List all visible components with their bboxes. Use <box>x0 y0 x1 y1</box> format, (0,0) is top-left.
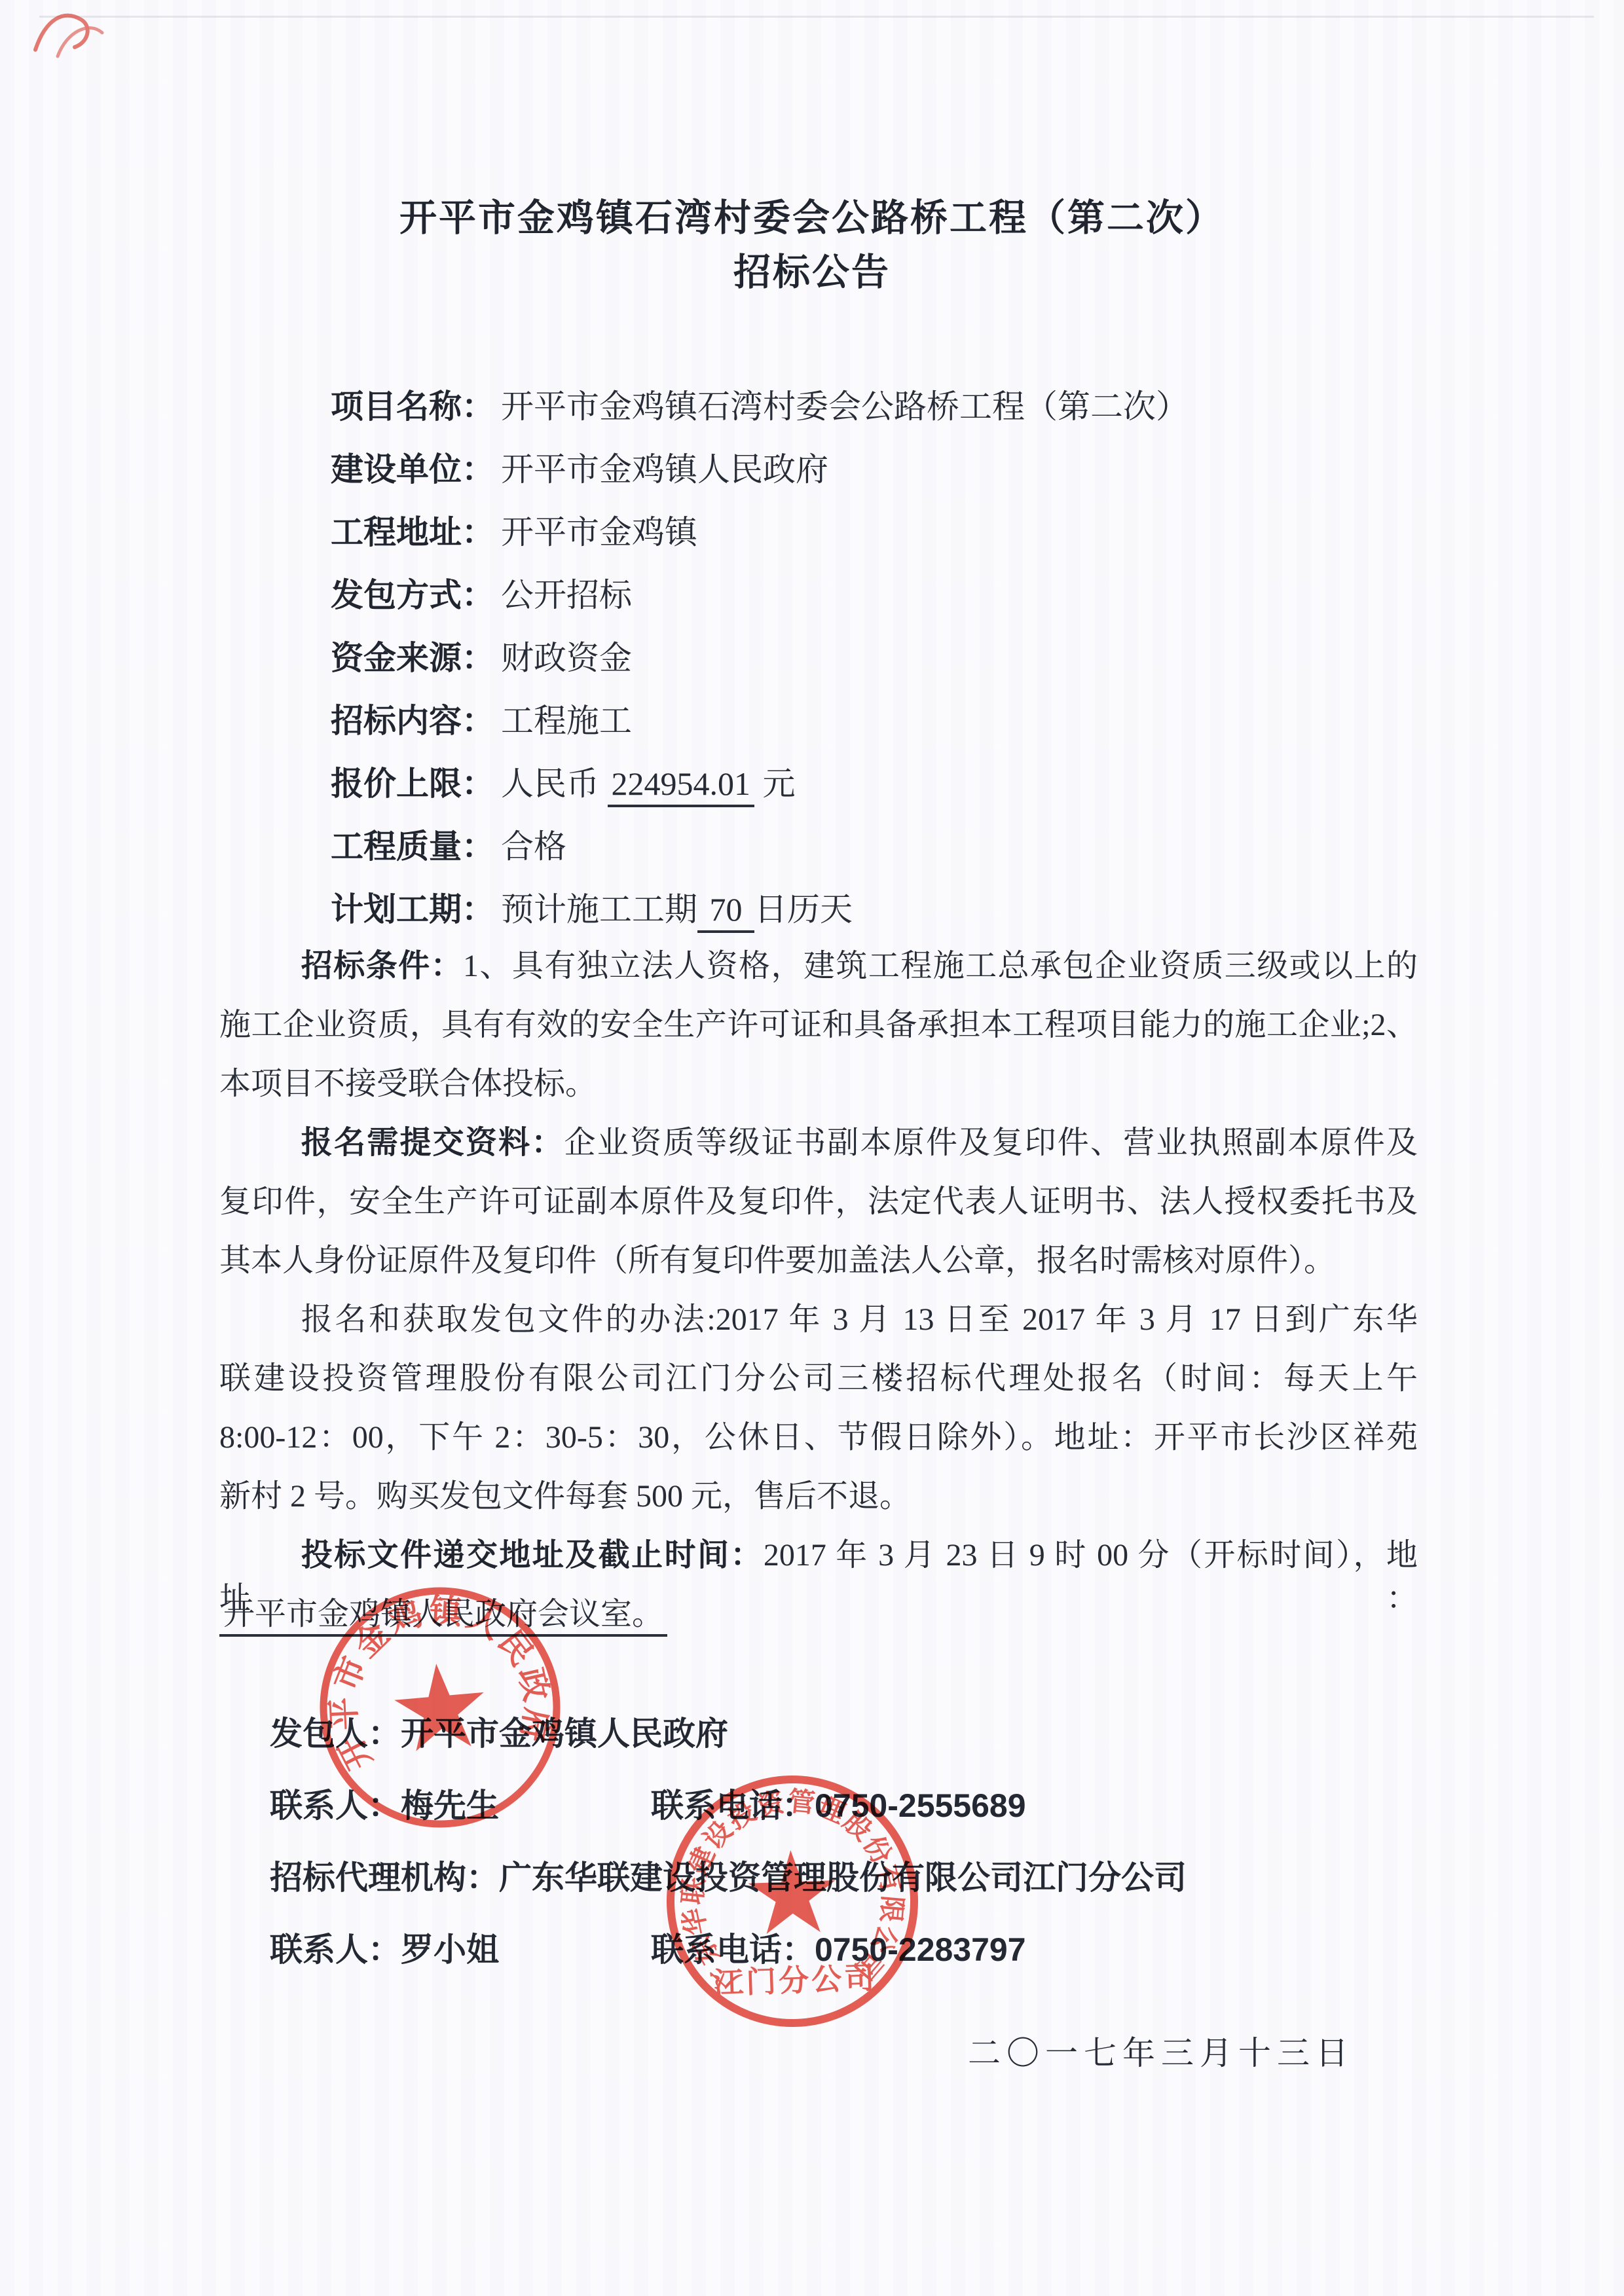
document-title: 开平市金鸡镇石湾村委会公路桥工程（第二次） 招标公告 <box>0 191 1624 300</box>
document-date: 二〇一七年三月十三日 <box>968 2027 1354 2074</box>
body-line: 施工企业资质，具有有效的安全生产许可证和具备承担本工程项目能力的施工企业;2、 <box>219 1004 1418 1063</box>
field-row: 资金来源：财政资金 <box>331 635 1444 698</box>
field-row: 计划工期：预计施工工期 70 日历天 <box>331 886 1444 949</box>
body-line: 新村 2 号。购买发包文件每套 500 元，售后不退。 <box>219 1475 1418 1534</box>
fields-list: 项目名称：开平市金鸡镇石湾村委会公路桥工程（第二次）建设单位：开平市金鸡镇人民政… <box>331 384 1444 949</box>
body-text: 招标条件：1、具有独立法人资格，建筑工程施工总承包企业资质三级或以上的施工企业资… <box>219 945 1418 1652</box>
star-icon <box>747 1849 837 1935</box>
title-line-1: 开平市金鸡镇石湾村委会公路桥工程（第二次） <box>0 191 1624 246</box>
body-line: 8:00-12：00，下午 2：30-5：30，公休日、节假日除外）。地址：开平… <box>219 1416 1418 1475</box>
body-line: 复印件，安全生产许可证副本原件及复印件，法定代表人证明书、法人授权委托书及 <box>219 1180 1418 1239</box>
body-line: 报名和获取发包文件的办法:2017 年 3 月 13 日至 2017 年 3 月… <box>219 1298 1418 1357</box>
scan-edge-shadow <box>39 16 1594 18</box>
body-line: 联建设投资管理股份有限公司江门分公司三楼招标代理处报名（时间：每天上午 <box>219 1357 1418 1416</box>
scanned-document-page: 开平市金鸡镇石湾村委会公路桥工程（第二次） 招标公告 项目名称：开平市金鸡镇石湾… <box>0 0 1624 2296</box>
pen-scribble-mark <box>26 3 138 68</box>
field-row: 发包方式：公开招标 <box>331 572 1444 635</box>
field-row: 项目名称：开平市金鸡镇石湾村委会公路桥工程（第二次） <box>331 384 1444 446</box>
body-line: 报名需提交资料：企业资质等级证书副本原件及复印件、营业执照副本原件及 <box>219 1121 1418 1180</box>
body-line: 招标条件：1、具有独立法人资格，建筑工程施工总承包企业资质三级或以上的 <box>219 945 1418 1004</box>
official-seal-government: 开平市金鸡镇人民政府 <box>291 1558 589 1856</box>
body-line: 本项目不接受联合体投标。 <box>219 1063 1418 1121</box>
body-line: 其本人身份证原件及复印件（所有复印件要加盖法人公章，报名时需核对原件）。 <box>219 1239 1418 1298</box>
seal-bottom-text: 江门分公司 <box>712 1961 877 2001</box>
field-row: 工程质量：合格 <box>331 824 1444 886</box>
title-line-2: 招标公告 <box>0 246 1624 300</box>
field-row: 建设单位：开平市金鸡镇人民政府 <box>331 446 1444 509</box>
field-row: 报价上限：人民币 224954.01 元 <box>331 761 1444 824</box>
field-row: 工程地址：开平市金鸡镇 <box>331 509 1444 572</box>
official-seal-agency: 广东华联建设投资管理股份有限公司 江门分公司 <box>650 1759 934 2043</box>
star-icon <box>392 1660 489 1753</box>
field-row: 招标内容：工程施工 <box>331 698 1444 761</box>
